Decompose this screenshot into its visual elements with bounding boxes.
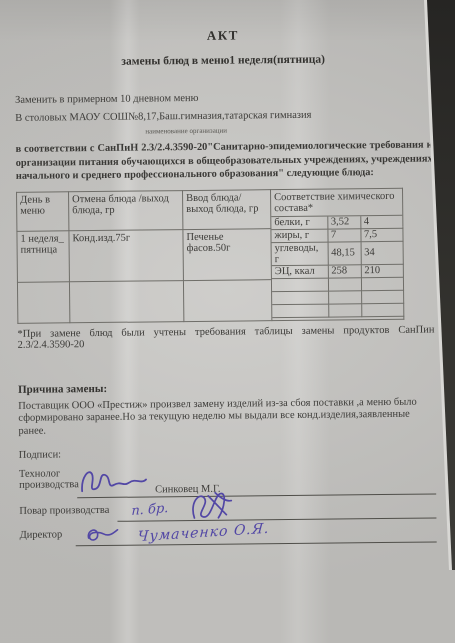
cell-removed-dish: Конд.изд.75г [69, 229, 184, 281]
reason-text: Поставщик ООО «Престиж» произвел замену … [18, 396, 435, 438]
chem-row-empty [272, 303, 404, 317]
chem-composition-table: белки, г 3,52 4 жиры, г 7 7,5 углеводы, … [271, 215, 404, 317]
director-handwriting: Чумаченко О.Я. [137, 521, 270, 545]
cook-signature-scribble [187, 489, 233, 521]
menu-change-table: День в меню Отмена блюда /выход блюда, г… [16, 187, 404, 323]
role-label-director: Директор [20, 529, 63, 540]
chem-removed-value: 258 [328, 264, 361, 277]
canteens-line: В столовых МАОУ СОШ№8,17,Баш.гимназия,та… [15, 108, 432, 123]
document-subtitle: замены блюд в меню1 неделя(пятница) [15, 52, 432, 68]
chem-removed-value: 48,15 [328, 241, 361, 264]
sanpin-paragraph: в соответствии с СанПиН 2.3/2.4.3590-20"… [15, 138, 432, 183]
chem-label: ЭЦ, ккал [272, 265, 328, 279]
chem-added-value: 7,5 [360, 228, 403, 241]
role-label-cook: Повар производства [19, 505, 109, 517]
table-header-row: День в меню Отмена блюда /выход блюда, г… [17, 188, 403, 231]
chem-composition-cell: Соответствие химического состава* белки,… [270, 188, 403, 320]
chem-label: жиры, г [271, 229, 327, 243]
cook-handwriting: п. бр. [131, 501, 168, 519]
replace-line: Заменить в примерном 10 дневном меню [15, 90, 432, 105]
col-header-day: День в меню [17, 191, 69, 231]
sanpin-footnote: *При замене блюд были учтены требования … [17, 324, 434, 350]
signature-row-director: Директор Чумаченко О.Я. [19, 520, 436, 546]
chem-row-carbs: углеводы, г 48,15 34 [272, 241, 404, 265]
chem-added-value: 34 [361, 241, 404, 264]
scanned-document-page: АКТ замены блюд в меню1 неделя(пятница) … [0, 0, 455, 643]
signature-line [76, 541, 437, 546]
chem-label: углеводы, г [272, 242, 328, 266]
chem-added-value: 210 [361, 264, 404, 277]
scan-edge-shadow [423, 0, 455, 570]
cell-added-dish: Печенье фасов.50г [183, 228, 272, 280]
cell-day: 1 неделя_ пятница [17, 230, 70, 282]
signature-row-cook: Повар производства п. бр. [19, 496, 436, 522]
col-header-removed-dish: Отмена блюда /выход блюда, гр [69, 190, 183, 230]
col-header-added-dish: Ввод блюда/выход блюда, гр [183, 189, 271, 229]
chem-removed-value: 7 [327, 228, 360, 241]
document-title: АКТ [14, 25, 431, 45]
chem-added-value: 4 [360, 215, 403, 228]
director-signature-scribble [83, 524, 119, 544]
chem-removed-value: 3,52 [327, 216, 360, 229]
chem-label: белки, г [271, 216, 327, 229]
org-caption: наименование организации [145, 124, 432, 135]
reason-heading: Причина замены: [18, 379, 435, 395]
document-content: АКТ замены блюд в меню1 неделя(пятница) … [0, 0, 455, 547]
signature-block: Технолог производства Синковец М.Г. Пова… [19, 464, 437, 546]
col-header-chem: Соответствие химического состава* [271, 188, 402, 216]
signatures-heading: Подписи: [19, 445, 436, 460]
technologist-signature-scribble [79, 465, 149, 496]
